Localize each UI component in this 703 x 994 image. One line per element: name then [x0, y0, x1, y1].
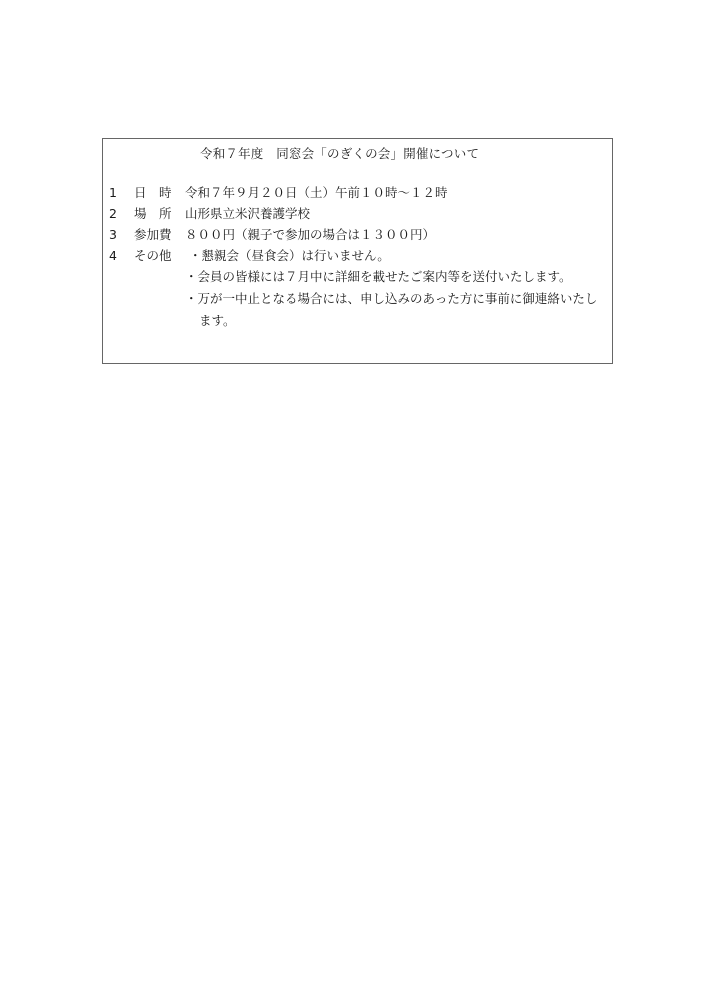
- item-value: 山形県立米沢養護学校: [185, 204, 310, 224]
- item-label: 参加費: [134, 225, 184, 245]
- document-title: 令和７年度 同窓会「のぎくの会」開催について: [200, 144, 479, 162]
- other-note-continuation: ます。: [199, 311, 236, 331]
- other-note: ・万が一中止となる場合には、申し込みのあった方に事前に御連絡いたし: [185, 289, 597, 309]
- item-number: 1: [109, 183, 129, 203]
- other-note: ・会員の皆様には７月中に詳細を載せたご案内等を送付いたします。: [185, 267, 572, 287]
- item-value: 令和７年９月２０日（土）午前１０時～１２時: [185, 183, 448, 203]
- item-number: 3: [109, 225, 129, 245]
- item-value: ・懇親会（昼食会）は行いません。: [189, 246, 390, 266]
- notice-box: 令和７年度 同窓会「のぎくの会」開催について 1 日 時 令和７年９月２０日（土…: [102, 138, 613, 364]
- item-value: ８００円（親子で参加の場合は１３００円）: [185, 225, 435, 245]
- item-label: 日 時: [134, 183, 184, 203]
- item-number: 4: [109, 246, 129, 266]
- item-label: その他: [134, 246, 184, 266]
- item-label: 場 所: [134, 204, 184, 224]
- item-number: 2: [109, 204, 129, 224]
